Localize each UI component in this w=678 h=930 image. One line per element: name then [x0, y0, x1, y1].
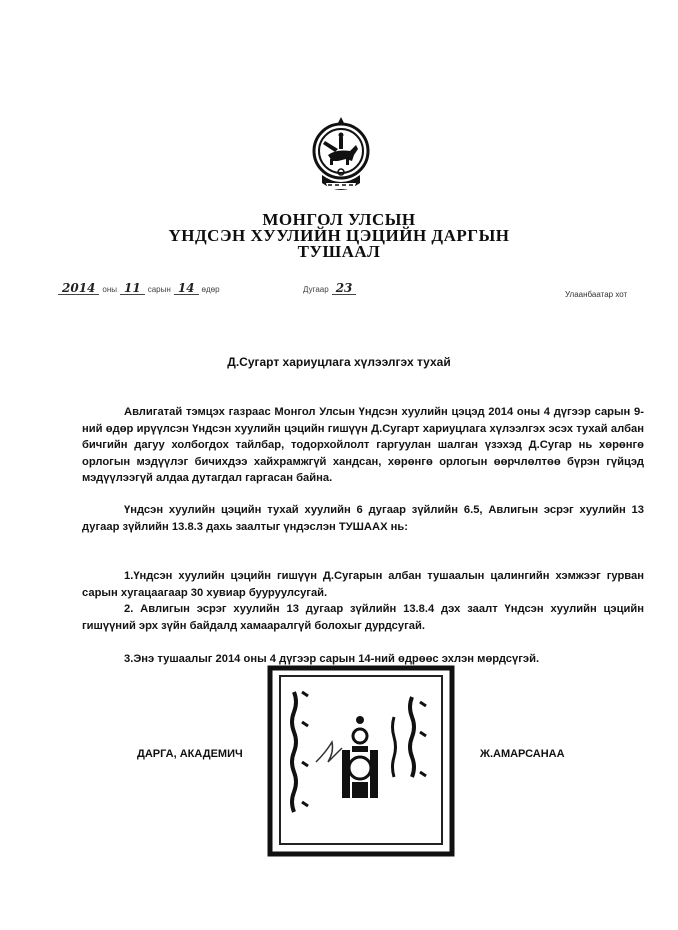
place: Улаанбаатар хот [565, 290, 627, 299]
state-emblem-icon [308, 115, 374, 205]
header-doc-type: ТУШААЛ [0, 242, 678, 262]
paragraph-order-1: 1.Үндсэн хуулийн цэцийн гишүүн Д.Сугарын… [82, 568, 644, 601]
month-suffix: сарын [148, 285, 171, 294]
paragraph-preamble: Авлигатай тэмцэх газраас Монгол Улсын Үн… [82, 404, 644, 487]
decree-number: 23 [332, 282, 357, 295]
signatory-title: ДАРГА, АКАДЕМИЧ [137, 748, 243, 760]
date-line: 2014оны11сарын14өдөр [58, 282, 223, 295]
decree-title: Д.Сугарт хариуцлага хүлээлгэх тухай [0, 355, 678, 369]
day-handwritten: 14 [174, 282, 199, 295]
decree-page: МОНГОЛ УЛСЫН ҮНДСЭН ХУУЛИЙН ЦЭЦИЙН ДАРГЫ… [0, 0, 678, 930]
year-handwritten: 2014 [58, 282, 99, 295]
signatory-name: Ж.АМАРСАНАА [480, 748, 565, 760]
number-label: Дугаар [303, 285, 329, 294]
month-handwritten: 11 [120, 282, 145, 295]
number-line: Дугаар23 [300, 282, 356, 295]
paragraph-order-2: 2. Авлигын эсрэг хуулийн 13 дугаар зүйли… [82, 601, 644, 634]
official-seal-icon [262, 662, 458, 860]
paragraph-legal-basis: Үндсэн хуулийн цэцийн тухай хуулийн 6 ду… [82, 502, 644, 535]
year-suffix: оны [102, 285, 117, 294]
day-suffix: өдөр [202, 285, 220, 294]
